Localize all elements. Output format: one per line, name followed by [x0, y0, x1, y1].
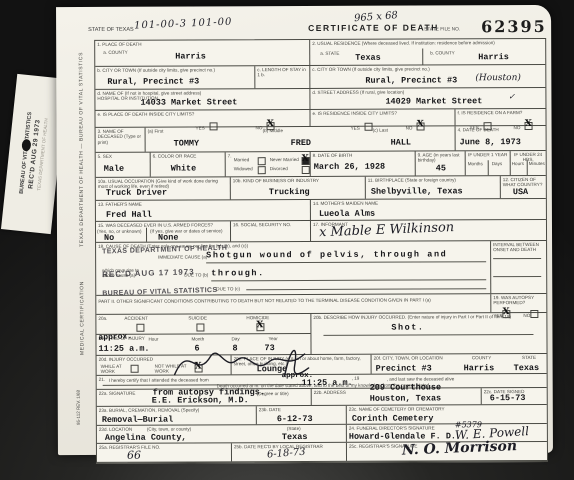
residence-limits-cell: e. IS RESIDENCE INSIDE CITY LIMITS? YES …	[310, 109, 455, 126]
physician-signature-cell: 22a. SIGNATURE from autopsy findings. E.…	[97, 389, 312, 406]
injury-city-cell: 20f. CITY, TOWN, OR LOCATION Precinct #3	[372, 354, 452, 373]
county-label: a. COUNTY	[103, 50, 128, 55]
last-name-cell: (c) Last HALL	[371, 126, 456, 150]
farm-label: f. IS RESIDENCE ON A FARM?	[457, 110, 543, 116]
injury-occurred-label: 20d. INJURY OCCURRED	[99, 356, 229, 362]
birthplace-label: 11. BIRTHPLACE (State or foreign country…	[368, 177, 498, 183]
row-injury-place: 20d. INJURY OCCURRED WHILE AT WORK NOT W…	[97, 354, 547, 376]
registrar-signature-handwriting: N. O. Morrison	[402, 438, 518, 459]
row-place-residence: 1. PLACE OF DEATH a. COUNTY Harris 2. US…	[95, 39, 545, 67]
birthplace-cell: 11. BIRTHPLACE (State or foreign country…	[366, 176, 501, 199]
time-of-injury-cell: 20c. TIME OF INJURY approx. Hour Month D…	[96, 334, 310, 355]
father-cell: 13. FATHER'S NAME Fred Hall	[96, 200, 311, 221]
part2-label: PART II. OTHER SIGNIFICANT CONDITIONS CO…	[98, 297, 488, 304]
row-cause: 18. CAUSE OF DEATH (Enter only one cause…	[96, 241, 546, 296]
due-to-c-label: DUE TO (c)	[216, 286, 240, 291]
date-of-death-value: June 8, 1973	[460, 137, 521, 147]
length-of-stay-label: c. LENGTH OF STAY in 1 b.	[257, 67, 307, 78]
date-signed-value: 6-15-73	[490, 393, 526, 403]
injury-day-value: 8	[232, 343, 237, 353]
registrar-date-cell: 25b. DATE REC'D BY LOCAL REGISTRAR 6-18-…	[232, 443, 347, 462]
age-cell: 9. AGE (in years last birthday) 45	[416, 151, 466, 175]
injury-month-value: 6	[194, 343, 199, 353]
burial-method-label: 23a. BURIAL, CREMATION, REMOVAL (Specify…	[99, 407, 254, 413]
cause-line-b: through.	[211, 268, 265, 278]
ssn-label: 16. SOCIAL SECURITY NO.	[233, 222, 308, 228]
father-value: Fred Hall	[106, 210, 152, 220]
under-24-hrs-cell: IF UNDER 24 HRS. Hours Minutes	[511, 151, 546, 175]
cause-cell: 18. CAUSE OF DEATH (Enter only one cause…	[96, 241, 491, 295]
race-value: White	[171, 163, 197, 173]
burial-method-value: Removal—Burial	[102, 415, 173, 425]
place-county-value: Harris	[175, 51, 206, 61]
burial-date-cell: 23b. DATE 6-12-73	[257, 406, 347, 424]
citizen-cell: 12. CITIZEN OF WHAT COUNTRY? USA	[501, 176, 546, 198]
checkbox-accident	[136, 324, 144, 332]
certificate-form: 1. PLACE OF DEATH a. COUNTY Harris 2. US…	[94, 38, 548, 464]
registrar-signature-cell: 25c. REGISTRAR'S SIGNATURE N. O. Morriso…	[347, 442, 547, 461]
row-name: 3. NAME OF DECEASED (Type or print) (a) …	[96, 126, 546, 153]
hours-label: Hours	[512, 161, 524, 166]
checkbox-married	[258, 157, 266, 165]
address-line2: Houston, Texas	[370, 393, 441, 403]
date-of-death-cell: 4. DATE OF DEATH June 8, 1973	[456, 126, 546, 150]
state-of-texas-label: STATE OF TEXAS	[88, 27, 134, 33]
informant-cell: 17. INFORMANT x Mable E Wilkinson	[311, 220, 546, 241]
injury-state-value: Texas	[514, 363, 540, 373]
industry-value: Trucking	[269, 187, 310, 197]
mother-value: Lueola Alms	[319, 209, 375, 219]
residence-county-label: b. COUNTY	[430, 50, 455, 55]
injury-state-cell: STATE Texas	[512, 354, 547, 373]
married-label: Married	[234, 157, 250, 162]
divider	[422, 48, 423, 64]
checkbox-at-work	[131, 365, 139, 373]
cemetery-value: Corinth Cemetery	[352, 413, 434, 423]
hospital-cell: d. NAME OF (If not in hospital, give str…	[95, 89, 310, 110]
received-stamp-line2: REC'D AUG 17 1973	[102, 267, 195, 279]
place-of-death-label: 1. PLACE OF DEATH	[97, 41, 307, 47]
immediate-cause-label: IMMEDIATE CAUSE (a)	[158, 254, 207, 259]
injury-year-value: 73	[264, 343, 274, 353]
cause-line-a: Shotgun wound of pelvis, through and	[206, 249, 447, 260]
injury-occurred-cell: 20d. INJURY OCCURRED WHILE AT WORK NOT W…	[97, 355, 232, 375]
date-signed-cell: 22c. DATE SIGNED 6-15-73	[482, 388, 547, 404]
address-line1: 209 Courthouse	[370, 382, 441, 392]
cemetery-cell: 23c. NAME OF CEMETERY OR CREMATORY Corin…	[347, 405, 547, 424]
under-1-year-cell: IF UNDER 1 YEAR Months Days	[466, 151, 511, 175]
injury-time-value: 11:25 a.m.	[98, 344, 149, 354]
never-married-label: Never Married	[270, 157, 299, 162]
age-value: 45	[436, 163, 446, 173]
margin-form-revision-label: 95-112 REV. 1/68	[76, 359, 81, 425]
row-parents: 13. FATHER'S NAME Fred Hall 14. MOTHER'S…	[96, 199, 546, 222]
widowed-label: Widowed	[234, 166, 253, 171]
place-of-injury-label: 20e. PLACE OF INJURY (e.g., in or about …	[234, 356, 369, 367]
last-name-value: HALL	[391, 138, 411, 148]
last-name-label: (c) Last	[373, 127, 453, 133]
armed-forces-label: 15. WAS DECEASED EVER IN U.S. ARMED FORC…	[98, 222, 228, 228]
occupation-value: Truck Driver	[106, 188, 167, 198]
burial-location-value: Angelina County,	[105, 433, 187, 443]
checkbox-never-married: X	[302, 157, 310, 165]
middle-name-cell: (b) Middle FRED	[261, 127, 371, 151]
injury-left-col: 20a. ACCIDENT SUICIDE HOMICIDE X 20c. TI…	[96, 314, 311, 355]
injury-county-cell: COUNTY Harris	[452, 354, 512, 373]
divorced-label: Divorced	[270, 166, 288, 171]
row-part2: PART II. OTHER SIGNIFICANT CONDITIONS CO…	[96, 294, 546, 315]
burial-state-value: Texas	[282, 432, 308, 442]
certify-text-1: I hereby certify that I attended the dec…	[109, 377, 209, 383]
farm-cell: f. IS RESIDENCE ON A FARM? YES NO X	[455, 109, 545, 125]
ssn-cell: 16. SOCIAL SECURITY NO.	[231, 221, 311, 241]
residence-county-value: Harris	[478, 52, 509, 62]
race-cell: 6. COLOR OR RACE White	[151, 152, 226, 176]
industry-label: 10b. KIND OF BUSINESS OR INDUSTRY	[233, 178, 363, 184]
interval-cell: INTERVAL BETWEEN ONSET AND DEATH	[491, 241, 546, 293]
death-certificate-scan: BUREAU OF VITAL STATISTICS REC'D AUG 29 …	[0, 0, 574, 480]
physician-address-cell: 22b. ADDRESS 209 Courthouse Houston, Tex…	[312, 388, 482, 405]
burial-location-cell: 23d. LOCATION (City, town, or county) An…	[97, 425, 257, 443]
injury-county-value: Harris	[464, 363, 495, 373]
dob-value: March 26, 1928	[314, 162, 385, 172]
how-injury-cell: 20b. DESCRIBE HOW INJURY OCCURRED. (Ente…	[311, 313, 546, 354]
sex-label: 5. SEX	[98, 154, 148, 159]
physician-name-typed: E.E. Erickson, M.D.	[152, 395, 249, 405]
row-signature: 22a. SIGNATURE from autopsy findings. E.…	[97, 388, 547, 407]
residence-city-cell: c. CITY OR TOWN (If outside city limits,…	[310, 65, 545, 88]
how-injury-value: Shot.	[391, 322, 424, 332]
place-city-label: b. CITY OR TOWN (If outside city limits,…	[97, 67, 252, 73]
checkbox-divorced	[302, 166, 310, 174]
birthplace-value: Shelbyville, Texas	[371, 186, 463, 196]
certify-text-1b: , and last saw the deceased alive	[387, 376, 455, 382]
interval-label: INTERVAL BETWEEN ONSET AND DEATH	[493, 242, 544, 253]
armed-forces-cell: 15. WAS DECEASED EVER IN U.S. ARMED FORC…	[96, 221, 231, 242]
place-limits-cell: e. IS PLACE OF DEATH INSIDE CITY LIMITS?…	[95, 110, 310, 127]
race-label: 6. COLOR OR RACE	[153, 153, 223, 159]
funeral-director-cell: 24. FUNERAL DIRECTOR'S SIGNATURE #5379 H…	[347, 424, 547, 442]
row-registrar: 25a. REGISTRAR'S FILE NO. 66 25b. DATE R…	[97, 442, 547, 463]
mother-cell: 14. MOTHER'S MAIDEN NAME Lueola Alms	[311, 199, 546, 220]
hole-punch-mark	[21, 139, 31, 152]
dob-cell: 8. DATE OF BIRTH March 26, 1928	[311, 152, 416, 176]
residence-state-label: a. STATE	[320, 51, 339, 56]
certificate-paper: STATE OF TEXAS 101-00-3 101-00 CERTIFICA…	[56, 5, 553, 455]
state-file-no-label: STATE FILE NO.	[424, 27, 460, 32]
registrar-file-value: 66	[127, 449, 141, 462]
state-file-number: 62395	[481, 17, 547, 36]
registrar-date-value: 6-18-73	[267, 447, 306, 461]
place-city-cell: b. CITY OR TOWN (If outside city limits,…	[95, 66, 255, 89]
place-city-value: Rural, Precinct #3	[107, 76, 199, 86]
first-name-value: TOMMY	[174, 138, 200, 148]
row-stats: 5. SEX Male 6. COLOR OR RACE White 7. Ma…	[96, 151, 546, 178]
row-occupation: 10a. USUAL OCCUPATION (Give kind of work…	[96, 176, 546, 201]
residence-limits-label: e. IS RESIDENCE INSIDE CITY LIMITS?	[312, 110, 452, 116]
usual-residence-label: 2. USUAL RESIDENCE (Where deceased lived…	[312, 40, 543, 46]
registrar-file-cell: 25a. REGISTRAR'S FILE NO. 66	[97, 443, 232, 462]
how-injury-label: 20b. DESCRIBE HOW INJURY OCCURRED. (Ente…	[313, 314, 544, 320]
place-of-death-county: 1. PLACE OF DEATH a. COUNTY Harris	[95, 40, 310, 66]
minutes-label: Minutes	[529, 161, 545, 166]
margin-department-label: TEXAS DEPARTMENT OF HEALTH — BUREAU OF V…	[78, 47, 85, 247]
first-name-label: (a) First	[148, 128, 259, 134]
sex-value: Male	[104, 164, 124, 174]
usual-residence: 2. USUAL RESIDENCE (Where deceased lived…	[310, 39, 545, 65]
mother-label: 14. MOTHER'S MAIDEN NAME	[313, 200, 544, 206]
burial-date-value: 6-12-73	[277, 414, 313, 424]
industry-cell: 10b. KIND OF BUSINESS OR INDUSTRY Trucki…	[231, 177, 366, 200]
street-address-value: 14029 Market Street	[385, 96, 482, 106]
middle-name-label: (b) Middle	[263, 128, 369, 134]
months-label: Months	[468, 161, 483, 166]
part2-cell: PART II. OTHER SIGNIFICANT CONDITIONS CO…	[96, 294, 491, 314]
autopsy-cell: 19. WAS AUTOPSY PERFORMED? YESX NO	[491, 294, 546, 312]
injury-city-label: 20f. CITY, TOWN, OR LOCATION	[374, 355, 450, 361]
registrar-file-label: 25a. REGISTRAR'S FILE NO.	[99, 444, 229, 450]
injury-city-value: Precinct #3	[376, 363, 432, 373]
handwritten-file-code: 101-00-3 101-00	[134, 17, 233, 32]
certificate-title: CERTIFICATE OF DEATH	[308, 22, 439, 33]
days-label: Days	[492, 161, 502, 166]
residence-city-label: c. CITY OR TOWN (If outside city limits,…	[312, 66, 543, 72]
burial-method-cell: 23a. BURIAL, CREMATION, REMOVAL (Specify…	[97, 406, 257, 425]
row-service: 15. WAS DECEASED EVER IN U.S. ARMED FORC…	[96, 220, 546, 243]
street-address-cell: d. STREET ADDRESS (If rural, give locati…	[310, 88, 545, 109]
burial-state-cell: (State) Texas	[257, 425, 347, 442]
residence-city-value: Rural, Precinct #3	[365, 75, 457, 85]
suicide-label: SUICIDE	[188, 315, 207, 320]
row-address: d. NAME OF (If not in hospital, give str…	[95, 88, 545, 111]
row-injury-type: 20a. ACCIDENT SUICIDE HOMICIDE X 20c. TI…	[96, 313, 546, 356]
name-of-deceased-label: 3. NAME OF DECEASED (Type or print)	[98, 129, 143, 145]
checkbox-widowed	[258, 166, 266, 174]
armed-forces-answer: No	[104, 233, 114, 243]
cemetery-label: 23c. NAME OF CEMETERY OR CREMATORY	[349, 406, 545, 412]
street-address-handwritten-mark: ✓	[508, 92, 515, 101]
length-of-stay-cell: c. LENGTH OF STAY in 1 b.	[255, 66, 310, 88]
middle-name-value: FRED	[291, 138, 311, 148]
hospital-value: 14033 Market Street	[140, 97, 237, 107]
checkbox-homicide: X	[256, 323, 264, 331]
residence-city-handwritten: (Houston)	[475, 73, 521, 83]
age-label: 9. AGE (in years last birthday)	[418, 152, 463, 163]
name-label-cell: 3. NAME OF DECEASED (Type or print)	[96, 128, 146, 152]
row-city: b. CITY OR TOWN (If outside city limits,…	[95, 65, 545, 90]
burial-date-label: 23b. DATE	[259, 407, 344, 413]
checkbox-suicide	[196, 323, 204, 331]
margin-medical-certification-label: MEDICAL CERTIFICATION	[79, 255, 85, 355]
first-name-cell: (a) First TOMMY	[146, 127, 261, 152]
armed-forces-detail: None	[158, 233, 178, 243]
row-limits: e. IS PLACE OF DEATH INSIDE CITY LIMITS?…	[95, 109, 545, 128]
approx-stamp: approx.	[98, 332, 132, 342]
residence-state-value: Texas	[355, 53, 381, 63]
dob-label: 8. DATE OF BIRTH	[313, 153, 413, 159]
checkbox-not-at-work: X	[195, 364, 203, 372]
date-of-death-label: 4. DATE OF DEATH	[458, 127, 544, 133]
accident-label: ACCIDENT	[124, 316, 148, 321]
citizen-value: USA	[513, 187, 528, 197]
sex-cell: 5. SEX Male	[96, 153, 151, 177]
marital-status-cell: 7. Married Never Married X Widowed Divor…	[226, 152, 311, 176]
under-1-year-label: IF UNDER 1 YEAR	[468, 152, 508, 157]
occupation-cell: 10a. USUAL OCCUPATION (Give kind of work…	[96, 177, 231, 200]
father-label: 13. FATHER'S NAME	[98, 201, 308, 207]
